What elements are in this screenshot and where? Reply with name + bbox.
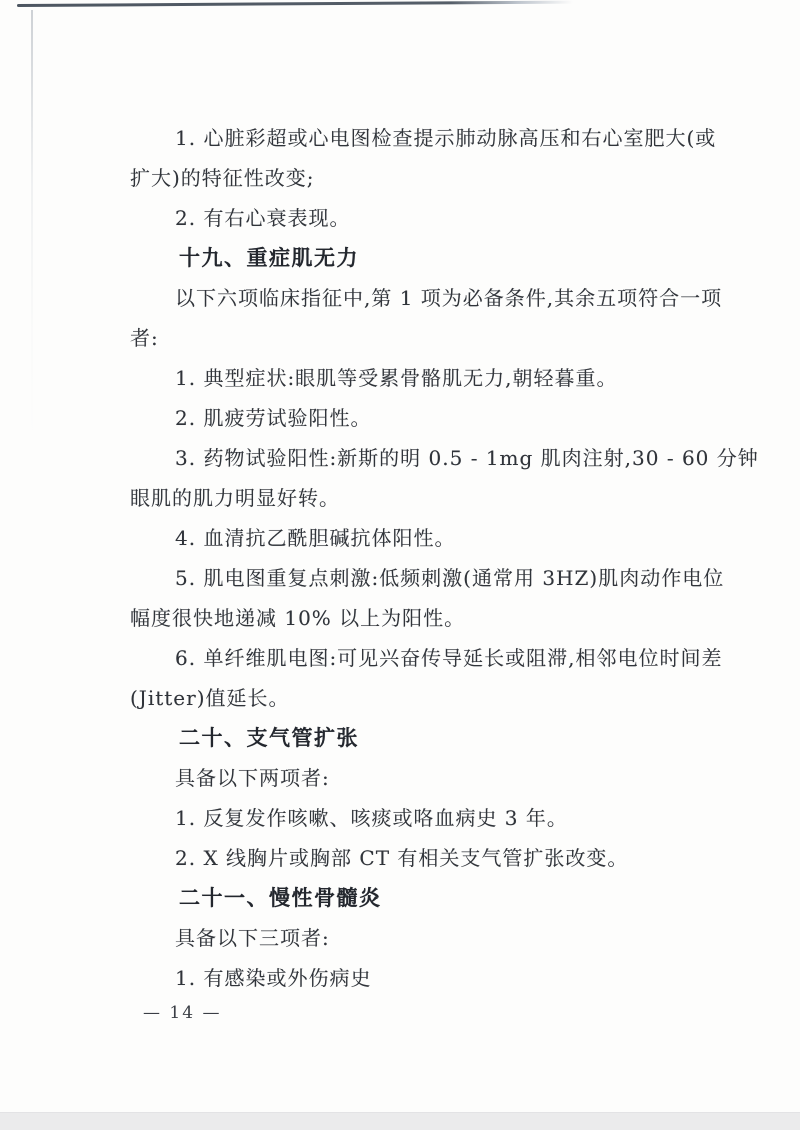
text-line: 以下六项临床指征中,第 1 项为必备条件,其余五项符合一项 [130, 278, 734, 318]
document-page: 1. 心脏彩超或心电图检查提示肺动脉高压和右心室肥大(或 扩大)的特征性改变; … [0, 0, 800, 1130]
text-line: 者: [130, 318, 734, 358]
scan-artifact-bottom-band [0, 1112, 800, 1130]
text-line: 2. X 线胸片或胸部 CT 有相关支气管扩张改变。 [130, 838, 734, 878]
text-line: 具备以下两项者: [130, 758, 734, 798]
text-line: 5. 肌电图重复点刺激:低频刺激(通常用 3HZ)肌肉动作电位 [130, 558, 734, 598]
text-line: 1. 有感染或外伤病史 [130, 958, 734, 998]
section-heading-21: 二十一、慢性骨髓炎 [130, 878, 734, 918]
section-heading-19: 十九、重症肌无力 [130, 238, 734, 278]
document-body: 1. 心脏彩超或心电图检查提示肺动脉高压和右心室肥大(或 扩大)的特征性改变; … [130, 118, 734, 998]
text-line: 1. 典型症状:眼肌等受累骨骼肌无力,朝轻暮重。 [130, 358, 734, 398]
text-line: 3. 药物试验阳性:新斯的明 0.5 - 1mg 肌肉注射,30 - 60 分钟 [130, 438, 734, 478]
text-line: 眼肌的肌力明显好转。 [130, 478, 734, 518]
text-line: 幅度很快地递减 10% 以上为阳性。 [130, 598, 734, 638]
scan-artifact-top-edge [17, 1, 573, 7]
text-line: 4. 血清抗乙酰胆碱抗体阳性。 [130, 518, 734, 558]
scan-artifact-left-edge [31, 10, 33, 440]
text-line: 2. 肌疲劳试验阳性。 [130, 398, 734, 438]
text-line: 6. 单纤维肌电图:可见兴奋传导延长或阻滞,相邻电位时间差 [130, 638, 734, 678]
text-line: 具备以下三项者: [130, 918, 734, 958]
text-line: 1. 反复发作咳嗽、咳痰或咯血病史 3 年。 [130, 798, 734, 838]
text-line: 2. 有右心衰表现。 [130, 198, 734, 238]
section-heading-20: 二十、支气管扩张 [130, 718, 734, 758]
text-line: (Jitter)值延长。 [130, 678, 734, 718]
page-number: — 14 — [143, 997, 221, 1029]
text-line: 1. 心脏彩超或心电图检查提示肺动脉高压和右心室肥大(或 [130, 118, 734, 158]
text-line: 扩大)的特征性改变; [130, 158, 734, 198]
